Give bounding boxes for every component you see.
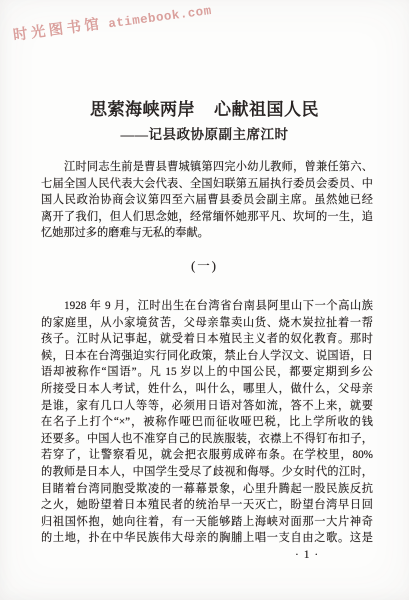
text-line: 在名子上打个“×”，被称作哑巴而征收哑巴税，比上学所收的钱 — [41, 414, 373, 431]
text-line: 的教师是日本人，中国学生受尽了歧视和侮辱。少女时代的江时， — [41, 464, 373, 481]
text-line: 离开了我们，但人们思念她，经常缅怀她那平凡、坎坷的一生，追 — [41, 209, 373, 226]
page-number: · 1 · — [295, 548, 319, 563]
text-line: 的土地，扑在中华民族伟大母亲的胸脯上唱一支自由之歌。这是 — [41, 530, 373, 547]
section-marker: (一) — [0, 258, 409, 275]
text-line: 是谁，家有几口人等等，必须用日语对答如流，答不上来，就要 — [41, 398, 373, 415]
text-line: 归祖国怀抱，她向往着，有一天能够踏上海峡对面那一大片神奇 — [41, 514, 373, 531]
text-line: 1928 年 9 月，江时出生在台湾省台南县阿里山下一个高山族 — [41, 298, 373, 315]
text-line: 江时同志生前是曹县曹城镇第四完小幼儿教师，曾兼任第六、 — [41, 159, 373, 176]
text-line: 语却被称作“国语”。凡 15 岁以上的中国公民，都要定期到乡公 — [41, 364, 373, 381]
paragraph-intro: 江时同志生前是曹县曹城镇第四完小幼儿教师，曾兼任第六、七届全国人民代表大会代表、… — [41, 159, 373, 242]
watermark-site-url: atimebook.com — [108, 4, 213, 31]
scanned-book-page: 时光图书馆atimebook.com 思萦海峡两岸心献祖国人民 ——记县政协原副… — [0, 0, 409, 600]
text-line: 的家庭里，从小家境贫苦，父母亲靠卖山货、烧木炭拉扯着一帮 — [41, 315, 373, 332]
article-title: 思萦海峡两岸心献祖国人民 — [0, 99, 409, 120]
text-line: 七届全国人民代表大会代表、全国妇联第五届执行委员会委员、中 — [41, 176, 373, 193]
text-line: 候，日本在台湾强迫实行同化政策，禁止台人学汉文、说国语，日 — [41, 348, 373, 365]
watermark-library-name: 时光图书馆 — [12, 16, 103, 44]
text-line: 还要多。中国人也不准穿自己的民族服装，衣襟上不得钉布扣子， — [41, 431, 373, 448]
text-line: 忆她那过多的磨难与无私的奉献。 — [41, 225, 373, 242]
article-title-part1: 思萦海峡两岸 — [90, 100, 195, 119]
text-line: 之火，她盼望着日本殖民者的统治早一天灭亡，盼望台湾早日回 — [41, 497, 373, 514]
article-title-part2: 心献祖国人民 — [214, 100, 319, 119]
text-line: 国人民政治协商会议第四至六届曹县委员会副主席。虽然她已经 — [41, 192, 373, 209]
text-line: 孩子。江时从记事起，就受着日本殖民主义者的奴化教育。那时 — [41, 331, 373, 348]
text-line: 目睹着台湾同胞受欺凌的一幕幕景象，心里升腾起一股民族反抗 — [41, 481, 373, 498]
text-line: 所接受日本人考试，姓什么，叫什么，哪里人，做什么，父母亲 — [41, 381, 373, 398]
article-subtitle: ——记县政协原副主席江时 — [0, 126, 409, 144]
paragraph-biography: 1928 年 9 月，江时出生在台湾省台南县阿里山下一个高山族的家庭里，从小家境… — [41, 298, 373, 547]
text-line: 若穿了，让警察看见，就会把衣服剪成碎布条。在学校里，80% — [41, 447, 373, 464]
watermark: 时光图书馆atimebook.com — [12, 0, 213, 45]
